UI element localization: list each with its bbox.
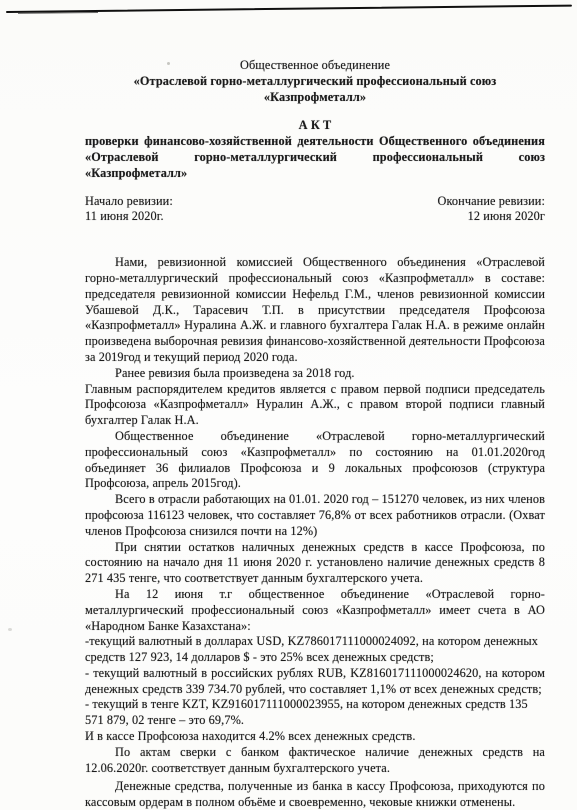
paragraph-signatories: Главным распорядителем кредитов является…: [85, 382, 545, 429]
revision-start: Начало ревизии: 11 июня 2020г.: [85, 194, 173, 226]
paragraph-commission: Нами, ревизионной комиссией Общественног…: [85, 255, 545, 366]
paragraph-cash-balance: При снятии остатков наличных денежных ср…: [85, 540, 545, 587]
paragraph-structure: Общественное объединение «Отраслевой гор…: [85, 429, 545, 492]
revision-end-label: Окончание ревизии:: [437, 194, 545, 210]
paragraph-usd-account: -текущий валютный в долларах USD, KZ7860…: [85, 634, 545, 666]
revision-start-label: Начало ревизии:: [85, 194, 173, 210]
paragraph-membership: Всего в отрасли работающих на 01.01. 202…: [85, 492, 545, 539]
paragraph-rub-account: - текущий валютный в российских рублях R…: [85, 666, 545, 698]
organization-header: Общественное объединение «Отраслевой гор…: [85, 58, 545, 105]
scan-speck: [8, 628, 12, 631]
revision-end-date: 12 июня 2020г: [437, 209, 545, 225]
organization-name: «Отраслевой горно-металлургический профе…: [85, 74, 545, 106]
paragraph-bank-accounts: На 12 июня т.г общественное объединение …: [85, 587, 545, 634]
scan-speck: [167, 62, 170, 65]
scanned-document-page: Общественное объединение «Отраслевой гор…: [0, 0, 577, 810]
paragraph-kzt-account: - текущий в тенге KZT, KZ916017111000023…: [85, 697, 545, 729]
document-body: Нами, ревизионной комиссией Общественног…: [85, 255, 545, 810]
paragraph-previous-audit: Ранее ревизия была произведена за 2018 г…: [85, 366, 545, 382]
revision-dates: Начало ревизии: 11 июня 2020г. Окончание…: [85, 194, 545, 226]
paragraph-cash-share: И в кассе Профсоюза находится 4.2% всех …: [85, 729, 545, 745]
revision-start-date: 11 июня 2020г.: [85, 209, 173, 225]
act-subtitle: проверки финансово-хозяйственной деятель…: [85, 134, 545, 181]
paragraph-reconciliation: По актам сверки с банком фактическое нал…: [85, 745, 545, 777]
scanner-edge-artifact: [6, 5, 572, 14]
scan-speck: [104, 769, 107, 772]
revision-end: Окончание ревизии: 12 июня 2020г: [437, 194, 545, 226]
organization-type: Общественное объединение: [85, 58, 545, 74]
act-title: А К Т: [85, 118, 545, 134]
paragraph-cash-orders: Денежные средства, полученные из банка в…: [85, 779, 545, 810]
